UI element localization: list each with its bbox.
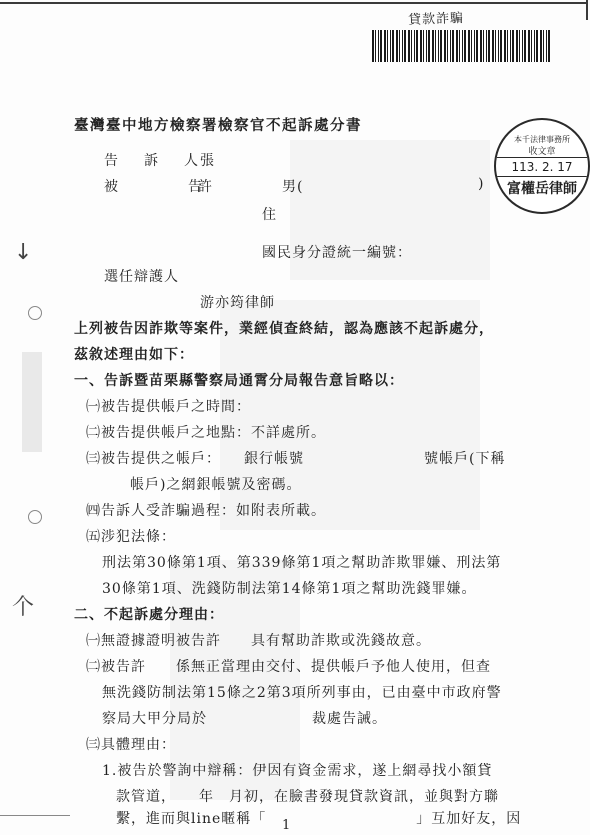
stamp-date: 113. 2. 17 [496,160,588,174]
scan-artifact [22,352,42,452]
scan-right-edge [586,0,588,20]
footer-rule [0,815,70,816]
intro-line-1: 上列被告因詐欺等案件，業經偵查終結，認為應該不起訴處分， [74,318,494,338]
margin-arrow-icon: ↓ [14,240,32,265]
s1-item-time: ㈠被告提供帳戶之時間： [86,396,251,416]
s1-item-account: ㈢被告提供之帳戶： 銀行帳號 號帳戶(下稱 [86,448,505,468]
margin-mark-icon: 个 [12,590,34,621]
s2-item-2: ㈡被告許 係無正當理由交付、提供帳戶予他人使用，但查 [86,656,491,676]
residence-label: 住 [262,204,277,224]
complainant-name: 張 [200,150,215,170]
defense-counsel-label: 選任辯護人 [104,266,179,286]
s1-item-place: ㈡被告提供帳戶之地點：不詳處所。 [86,422,326,442]
defendant-name: 許 [198,176,213,196]
section2-heading: 二、不起訴處分理由： [74,604,224,624]
reason-1-cont: 款管道， 年 月初，在臉書發現貸款資訊，並與對方聯 [116,786,499,806]
punch-hole-icon [28,510,42,524]
reason-1: 1.被告於警詢中辯稱：伊因有資金需求，遂上網尋找小額貸 [102,760,492,780]
stamp-divider [496,176,588,177]
s2-item-2-cont2: 察局大甲分局於 裁處告誡。 [102,708,387,728]
reason-1-cont2: 繫，進而與line暱稱「 」互加好友，因 [116,808,521,828]
id-number-label: 國民身分證統一編號： [262,242,412,262]
handwritten-note: 貸款詐騙 [408,7,465,28]
document-title: 臺灣臺中地方檢察署檢察官不起訴處分書 [74,114,362,135]
law-text-1: 刑法第30條第1項、第339條第1項之幫助詐欺罪嫌、刑法第 [102,552,501,572]
complainant-label: 告 訴 人 [104,150,204,170]
defendant-gender-close: ) [478,176,484,192]
scan-top-edge [0,2,586,4]
s2-item-1: ㈠無證據證明被告許 具有幫助詐欺或洗錢故意。 [86,630,431,650]
barcode [372,30,550,62]
stamp-label: 收文章 [496,144,588,157]
defendant-gender-open: 男( [282,176,303,196]
s2-item-3: ㈢具體理由： [86,734,176,754]
s1-item-law: ㈤涉犯法條： [86,526,176,546]
intro-line-2: 茲敘述理由如下： [74,344,194,364]
s1-item-process: ㈣告訴人受詐騙過程：如附表所載。 [86,500,326,520]
scanned-page: 貸款詐騙 臺灣臺中地方檢察署檢察官不起訴處分書 本千法律事務所 收文章 113.… [0,0,590,835]
page-number: 1 [282,818,290,833]
section1-heading: 一、告訴暨苗栗縣警察局通霄分局報告意旨略以： [74,370,404,390]
s2-item-2-cont: 無洗錢防制法第15條之2第3項所列事由，已由臺中市政府警 [102,682,502,702]
receipt-stamp: 本千法律事務所 收文章 113. 2. 17 富權岳律師 [494,118,590,214]
law-text-2: 30條第1項、洗錢防制法第14條第1項之幫助洗錢罪嫌。 [102,578,476,598]
defense-attorney-name: 游亦筠律師 [200,292,275,312]
stamp-name: 富權岳律師 [496,178,588,198]
stamp-divider [496,157,588,158]
punch-hole-icon [28,306,42,320]
s1-item-account-cont: 帳戶)之網銀帳號及密碼。 [130,474,301,494]
